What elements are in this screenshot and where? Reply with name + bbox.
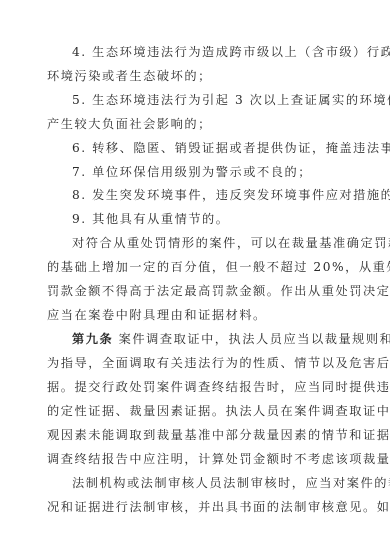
- list-item-9: 9. 其他具有从重情节的。: [72, 209, 345, 229]
- paragraph-line: 应当在案卷中附具理由和证据材料。: [47, 305, 345, 325]
- list-item-7: 7. 单位环保信用级别为警示或不良的；: [72, 162, 345, 182]
- list-item-8: 8. 发生突发环境事件，违反突发环境事件应对措施的；: [72, 185, 345, 205]
- paragraph-line: 对符合从重处罚情形的案件，可以在裁量基准确定罚款金额: [72, 233, 345, 253]
- paragraph-line: 的定性证据、裁量因素证据。执法人员在案件调查取证中确因客: [47, 401, 345, 421]
- paragraph-line: 况和证据进行法制审核，并出具书面的法制审核意见。如适用裁量: [47, 497, 345, 517]
- article-text: 案件调查取证中，执法人员应当以裁量规则和基准: [113, 332, 390, 346]
- list-item-5: 5. 生态环境违法行为引起 3 次以上查证属实的环境信访或: [72, 90, 345, 110]
- document-page: 4. 生态环境违法行为造成跨市级以上（含市级）行政区域 环境污染或者生态破坏的；…: [0, 0, 390, 551]
- paragraph-line: 为指导，全面调取有关违法行为的性质、情节以及危害后果的证: [47, 353, 345, 373]
- article-nine-line: 第九条 案件调查取证中，执法人员应当以裁量规则和基准: [72, 329, 345, 349]
- list-item-6: 6. 转移、隐匿、销毁证据或者提供伪证，掩盖违法事实的；: [72, 138, 345, 158]
- list-item-4-cont: 环境污染或者生态破坏的；: [47, 66, 345, 86]
- paragraph-line: 的基础上增加一定的百分值，但一般不超过 20%，从重处罚后的: [47, 257, 345, 277]
- paragraph-line: 罚款金额不得高于法定最高罚款金额。作出从重处罚决定的案 件，: [47, 281, 345, 301]
- article-heading: 第九条: [72, 332, 113, 346]
- paragraph-line: 据。提交行政处罚案件调查终结报告时，应当同时提供违法行为: [47, 377, 345, 397]
- paragraph-line: 观因素未能调取到裁量基准中部分裁量因素的情节和证据，案件: [47, 425, 345, 445]
- list-item-5-cont: 产生较大负面社会影响的；: [47, 114, 345, 134]
- paragraph-line: 法制机构或法制审核人员法制审核时，应当对案件的裁量情: [72, 473, 345, 493]
- paragraph-line: 调查终结报告中应注明，计算处罚金额时不考虑该项裁量因素。: [47, 449, 345, 469]
- list-item-4: 4. 生态环境违法行为造成跨市级以上（含市级）行政区域: [72, 42, 345, 62]
